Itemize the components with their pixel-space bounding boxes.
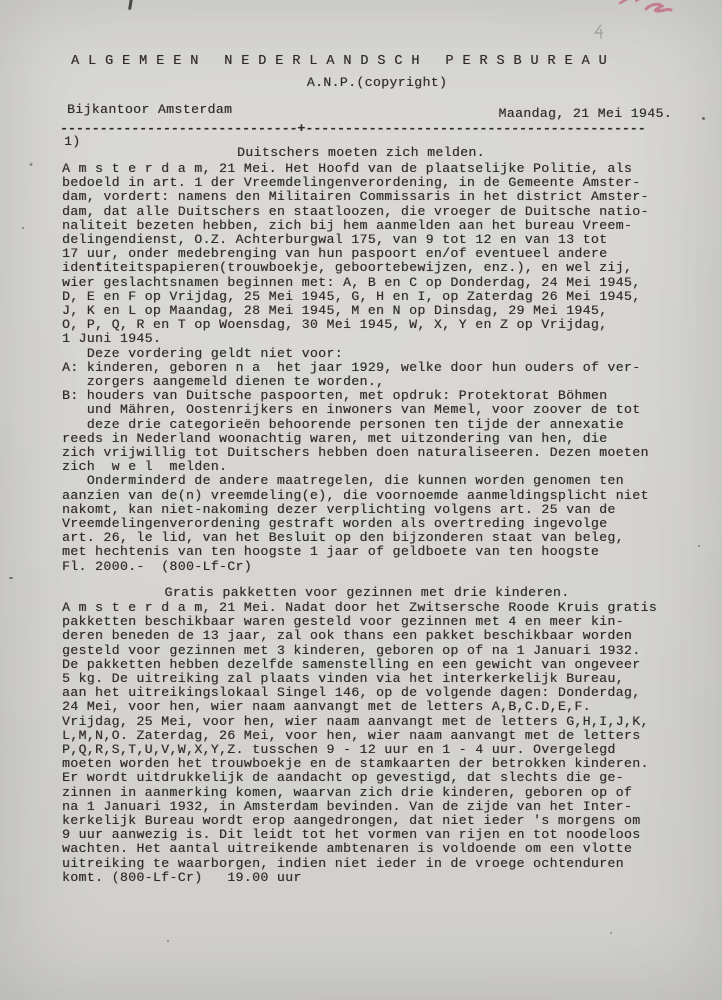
margin-asterisk: * [28, 163, 34, 174]
article-headline: Gratis pakketten voor gezinnen met drie … [6, 586, 722, 600]
ink-speck [9, 577, 13, 579]
ink-speck [610, 932, 612, 934]
article-body: A m s t e r d a m, 21 Mei. Nadat door he… [62, 601, 657, 885]
date-line: Maandag, 21 Mei 1945. [498, 107, 672, 121]
faint-pencil-mark [593, 24, 605, 40]
agency-name: A L G E M E E N N E D E R L A N D S C H … [0, 55, 700, 69]
branch-office: Bijkantoor Amsterdam [67, 103, 232, 117]
ink-speck [167, 940, 169, 942]
ink-speck [22, 227, 24, 229]
document-page: * A L G E M E E N N E D E R L A N D S C … [0, 0, 722, 1000]
article-body: A m s t e r d a m, 21 Mei. Het Hoofd van… [62, 162, 649, 574]
ink-speck [698, 545, 700, 547]
ink-mark [128, 0, 133, 10]
article-headline: Duitschers moeten zich melden. [0, 146, 722, 160]
ink-speck [702, 117, 705, 120]
copyright-line: A.N.P.(copyright) [16, 76, 722, 90]
typed-separator: ------------------------------+---------… [60, 122, 676, 136]
red-pencil-mark [616, 0, 692, 19]
